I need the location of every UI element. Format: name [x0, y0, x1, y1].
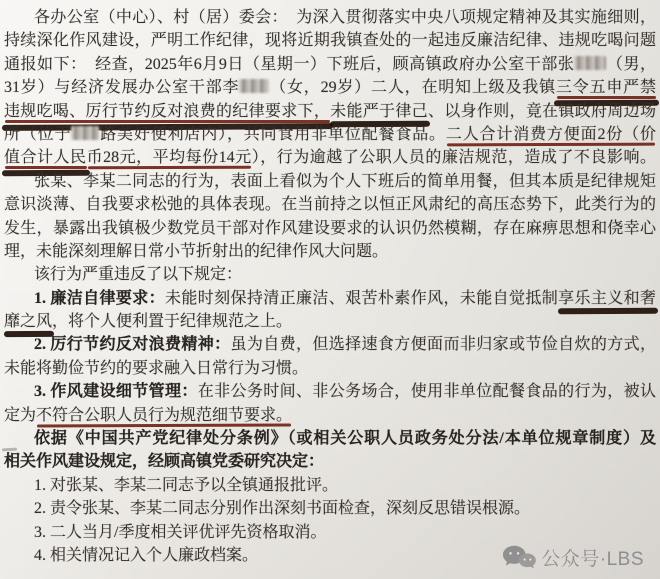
text-line: 通报如下： 经查，2025年6月9日（星期一）下班后，顾高镇政府办公室干部张（男…: [4, 53, 656, 76]
text-segment: 31岁）与经济发展办公室干部李: [4, 79, 239, 96]
text-segment: 发生，暴露出我镇极少数党员干部对作风建设要求的认识仍然模糊，存在麻痹思想和侥幸心: [4, 220, 656, 237]
text-line: 意识淡薄、自我要求松弛的具体表现。在当前持之以恒正风肃纪的高压态势下，此类行为的: [4, 193, 656, 216]
text-segment: ，将个人便利置于纪律规范之上。: [52, 313, 292, 330]
wechat-icon: [502, 544, 536, 571]
text-segment: 、以身作则，竟在镇政府周边场: [428, 103, 656, 120]
notice-document: 各办公室（中心）、村（居）委会： 为深入贯彻落实中央八项规定精神及其实施细则，持…: [4, 6, 656, 567]
text-line: 理，未能深刻理解日常小节折射出的纪律作风大问题。: [4, 240, 656, 263]
marker-highlighted-text: 币28元，平均每份14元: [87, 149, 252, 166]
redaction-blur: [239, 79, 269, 93]
text-segment: ），行为逾越了公职人员的廉洁规范，造成了不良影响。: [252, 149, 656, 166]
text-line: 所（位于路美好便利店内），共同食用非单位配餐食品。二人合计消费方便面2份（价: [4, 123, 656, 146]
document-lines: 各办公室（中心）、村（居）委会： 为深入贯彻落实中央八项规定精神及其实施细则，持…: [4, 6, 656, 567]
text-segment: 各办公室（中心）、村（居）委会： 为深入贯彻落实中央八项规定精神及其实施细则，: [34, 9, 656, 26]
text-segment: 在非公务时间、非公务场合，使用非单位配餐食品的行为，被认: [198, 383, 656, 400]
text-line: 违规吃喝、厉行节约反对浪费的纪律要求下，未能严于律己、以身作则，竟在镇政府周边场: [4, 100, 656, 123]
text-segment: 路美好便利店内），共同食用非单位配餐食品。: [99, 126, 446, 143]
text-line: 3. 作风建设细节管理：在非公务时间、非公务场合，使用非单位配餐食品的行为，被认: [4, 380, 656, 403]
text-line: 未能将勤俭节约的要求融入日常行为习惯。: [4, 357, 656, 380]
text-segment: 4. 相关情况记入个人廉政档案。: [34, 547, 258, 564]
text-line: 发生，暴露出我镇极少数党员干部对作风建设要求的认识仍然模糊，存在麻痹思想和侥幸心: [4, 217, 656, 240]
text-segment: 持续深化作风建设，严明工作纪律，现将近期我镇查处的一起违反廉洁纪律、违规吃喝问题: [4, 32, 656, 49]
text-line: 值合计人民币28元，平均每份14元），行为逾越了公职人员的廉洁规范，造成了不良影…: [4, 146, 656, 169]
text-segment: 2. 责令张某、李某二同志分别作出深刻书面检查，深刻反思错误根源。: [34, 500, 530, 517]
text-segment: 定为: [4, 407, 36, 424]
text-segment: 未能将勤俭节约的要求融入日常行为习惯。: [4, 360, 308, 377]
text-segment: 虽为自费，但选择速食方便面而非归家或节俭自炊的方式，: [231, 336, 656, 353]
text-line: 各办公室（中心）、村（居）委会： 为深入贯彻落实中央八项规定精神及其实施细则，: [4, 6, 656, 29]
text-line: 张某、李某二同志的行为，表面上看似为个人下班后的简单用餐，但其本质是纪律规矩: [4, 170, 656, 193]
text-segment: 张某、李某二同志的行为，表面上看似为个人下班后的简单用餐，但其本质是纪律规矩: [34, 173, 656, 190]
text-line: 31岁）与经济发展办公室干部李（女，29岁）二人，在明知上级及我镇三令五申严禁: [4, 76, 656, 99]
text-segment: 2. 厉行节约反对浪费精神：: [34, 336, 231, 353]
text-line: 依据《中国共产党纪律处分条例》（或相关公职人员政务处分法/本单位规章制度）及: [4, 427, 656, 450]
text-line: 持续深化作风建设，严明工作纪律，现将近期我镇查处的一起违反廉洁纪律、违规吃喝问题: [4, 29, 656, 52]
marker-highlighted-text: 违规吃喝、厉行节约反对浪费的纪律要求下，: [4, 103, 330, 120]
text-line: 相关作风建设规定，经顾高镇党委研究决定：: [4, 450, 656, 473]
marker-highlighted-text: 三令五申严禁: [556, 79, 656, 96]
text-segment: 1. 对张某、李某二同志予以全镇通报批评。: [34, 477, 338, 494]
text-line: 该行为严重违反了以下规定：: [4, 263, 656, 286]
text-line: 2. 责令张某、李某二同志分别作出深刻书面检查，深刻反思错误根源。: [4, 497, 656, 520]
text-line: 1. 廉洁自律要求：未能时刻保持清正廉洁、艰苦朴素作风，未能自觉抵制享乐主义和奢: [4, 287, 656, 310]
text-segment: （男，: [606, 56, 656, 73]
text-segment: 依据《中国共产党纪律处分条例》（或相关公职人员政务处分法/本单位规章制度）及: [34, 430, 656, 447]
text-line: 1. 对张某、李某二同志予以全镇通报批评。: [4, 474, 656, 497]
text-segment: （女，29岁）二人，在明知上级及我镇: [269, 79, 556, 96]
marker-highlighted-text: 值合计人民: [4, 149, 87, 166]
text-segment: 3. 二人当月/季度相关评优评先资格取消。: [34, 524, 326, 541]
text-segment: 1. 廉洁自律要求：: [34, 290, 165, 307]
text-segment: 意识淡薄、自我要求松弛的具体表现。在当前持之以恒正风肃纪的高压态势下，此类行为的: [4, 196, 656, 213]
watermark-text: 公众号·LBS: [541, 544, 644, 571]
text-segment: 理，未能深刻理解日常小节折射出的纪律作风大问题。: [4, 243, 388, 260]
marker-highlighted-text: 享乐主义和奢: [558, 290, 656, 307]
text-segment: 该行为严重违反了以下规定：: [34, 266, 242, 283]
notice-document-page: 各办公室（中心）、村（居）委会： 为深入贯彻落实中央八项规定精神及其实施细则，持…: [0, 0, 660, 579]
text-line: 3. 二人当月/季度相关评优评先资格取消。: [4, 521, 656, 544]
text-segment: 通报如下： 经查，2025年6月9日（星期一）下班后，顾高镇政府办公室干部张: [4, 56, 574, 73]
redaction-blur: [574, 56, 606, 70]
marker-highlighted-text: 靡之风: [4, 313, 52, 330]
text-line: 定为不符合公职人员行为规范细节要求。: [4, 404, 656, 427]
text-line: 2. 厉行节约反对浪费精神：虽为自费，但选择速食方便面而非归家或节俭自炊的方式，: [4, 333, 656, 356]
redaction-blur: [71, 126, 99, 140]
watermark: 公众号·LBS: [502, 544, 644, 571]
text-segment: 所（位于: [4, 126, 71, 143]
marker-highlighted-text: 二人合计消费方便面2份（价: [446, 126, 656, 143]
text-segment: 未能时刻保持清正廉洁、艰苦朴素作风，未能自觉抵制: [165, 290, 558, 307]
marker-highlighted-text: 不符合公职人员行为规范细节要求。: [36, 407, 292, 424]
text-segment: 相关作风建设规定，经顾高镇党委研究决定：: [4, 453, 324, 470]
marker-highlighted-text: 未能严于律己: [330, 103, 428, 120]
text-segment: 3. 作风建设细节管理：: [34, 383, 198, 400]
